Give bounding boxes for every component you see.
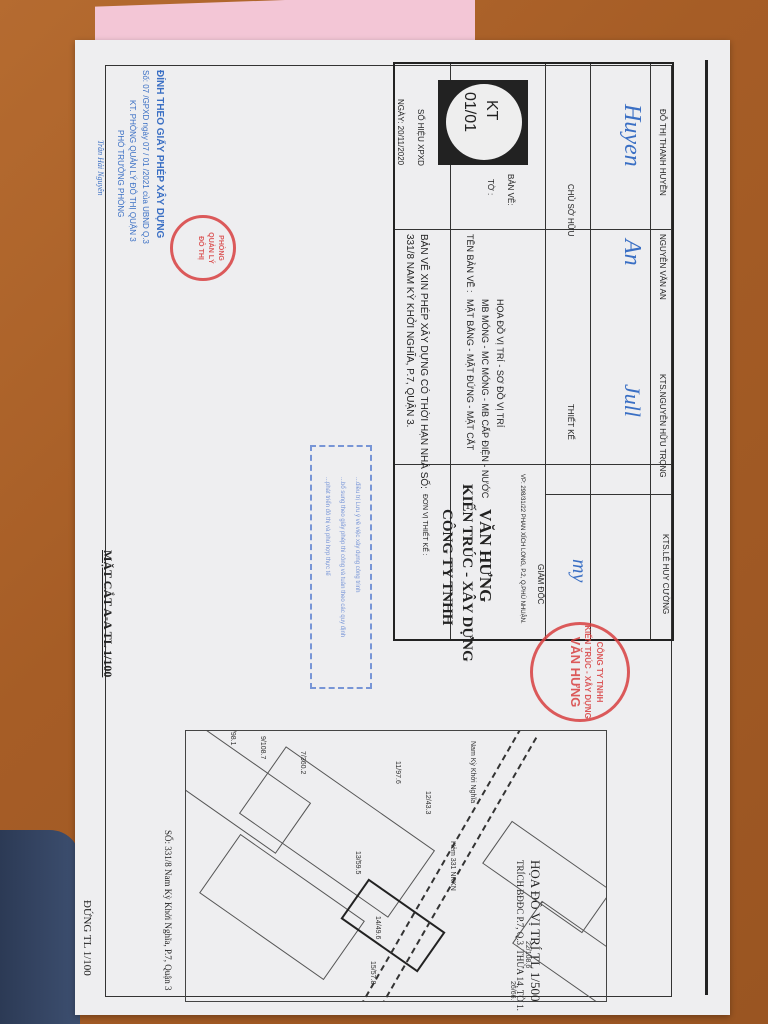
- project-title-1: BẢN VẼ XIN PHÉP XÂY DỰNG CÓ THỜI HẠN NHÀ…: [418, 234, 429, 489]
- drawing-names-label: TÊN BẢN VẼ :: [465, 234, 475, 293]
- lot-label: 15/57.8: [369, 961, 376, 984]
- lot-label: 26/66.6: [509, 981, 516, 1002]
- divider: [650, 64, 651, 639]
- lot-label: 11/97.6: [394, 761, 401, 784]
- approval-authority: KT. PHÒNG QUẢN LÝ ĐÔ THỊ QUẬN 3: [128, 100, 137, 242]
- owner-2-signature: Huyen: [618, 104, 645, 167]
- lot-label: 14/49.6: [374, 916, 381, 939]
- page-number: 01/01: [460, 92, 478, 132]
- seal-line: ĐÔ THỊ: [195, 218, 205, 278]
- owner-label: CHỦ SỞ HỮU: [566, 184, 575, 236]
- drawing-date: NGÀY: 20/11/2020: [396, 99, 405, 165]
- director-name: KTS.LÊ HUY CƯỜNG: [661, 534, 670, 614]
- divider: [395, 464, 672, 465]
- approval-title: ĐÍNH THEO GIẤY PHÉP XÂY DỰNG: [154, 70, 165, 238]
- seal-line: VĂN HƯNG: [569, 625, 581, 719]
- owner-1-signature: An: [618, 239, 645, 266]
- owner-2: ĐỖ THỊ THANH HUYỀN: [658, 109, 667, 196]
- note-line: ...phát triển đô thị và phù hợp thực tế: [324, 477, 330, 576]
- section-title: MẶT CẮT A-A TL 1/100: [100, 550, 115, 677]
- approval-signer-name: Trần Hải Nguyên: [96, 140, 105, 196]
- lot-label: 7/360.2: [299, 751, 306, 774]
- sheet-number-circle: [446, 84, 522, 160]
- approval-number: Số: 07 /GPXD ngày 07 / 01 /2021 của UBND…: [141, 70, 150, 244]
- director-signature: my: [567, 559, 590, 582]
- fabric-corner: [0, 830, 80, 1024]
- page-label: TỜ :: [486, 179, 495, 195]
- divider: [545, 64, 546, 639]
- seal-line: QUẢN LÝ: [205, 218, 215, 278]
- project-title-2: 331/8 NAM KỲ KHỞI NGHĨA, P.7, QUẬN 3.: [404, 234, 415, 427]
- drawing-names-3: HỌA ĐỒ VỊ TRÍ - SƠ ĐỒ VỊ TRÍ: [495, 299, 505, 427]
- lot-label: 6/98.1: [229, 730, 236, 745]
- note-line: ...bổ sung theo giấy phép thi công và tu…: [339, 477, 345, 637]
- designer-name: KTS.NGUYỄN HỮU TRỌNG: [658, 374, 667, 478]
- lot-label: 22/108.6: [524, 941, 531, 968]
- blue-note-stamp: ...điều trị Lưu ý về việc xây dựng công …: [310, 445, 372, 689]
- drawing-names-1: MẶT BẰNG - MẶT ĐỨNG - MẶT CẮT: [465, 299, 475, 450]
- seal-line: PHÒNG: [215, 218, 225, 278]
- drawing-sheet: ĐÍNH THEO GIẤY PHÉP XÂY DỰNG Số: 07 /GPX…: [75, 40, 730, 1015]
- elevation-title: ĐỨNG TL 1/100: [81, 900, 93, 976]
- divider: [395, 229, 590, 230]
- company-seal: CÔNG TY TNHH KIẾN TRÚC - XÂY DỰNG VĂN HƯ…: [530, 622, 630, 722]
- seal-line: CÔNG TY TNHH: [593, 625, 605, 719]
- lot-label: 13/59.5: [354, 851, 361, 874]
- lot-label: 12/43.3: [424, 791, 431, 814]
- title-block: BẢN VẼ XIN PHÉP XÂY DỰNG CÓ THỜI HẠN NHÀ…: [393, 62, 674, 641]
- design-unit-label: ĐƠN VỊ THIẾT KẾ :: [421, 494, 428, 556]
- drawing-names-2: MB MÓNG - MC MÓNG - MB CẤP ĐIỆN - NƯỚC: [480, 299, 490, 498]
- designer-signature: Jull: [619, 384, 645, 417]
- sheet-code: KT: [482, 100, 500, 120]
- site-map: Hẻm 331 NKKN Nam Kỳ Khởi Nghĩa 14/49.6 1…: [185, 730, 607, 1002]
- divider: [590, 64, 591, 639]
- divider: [545, 494, 672, 495]
- site-address: SỐ: 331/8 Nam Kỳ Khởi Nghĩa, P.7, Quận 3: [163, 830, 173, 991]
- sheet-outer-border: [705, 60, 708, 995]
- company-address: VP: 298/31/22 PHAN XÍCH LONG, P.2, Q.PHÚ…: [519, 474, 525, 624]
- sheet-label: BẢN VẼ:: [506, 174, 515, 206]
- note-line: ...điều trị Lưu ý về việc xây dựng công …: [354, 477, 360, 592]
- lot-label: 9/108.7: [259, 736, 266, 759]
- permit-no-label: SỐ HIỆU XPXD: [416, 109, 425, 166]
- owner-1: NGUYỄN VĂN AN: [658, 234, 667, 300]
- authority-seal: PHÒNG QUẢN LÝ ĐÔ THỊ: [170, 215, 236, 281]
- company-line-2: KIẾN TRÚC - XÂY DỰNG: [458, 484, 475, 662]
- sheet-number-box: KT 01/01: [438, 80, 528, 165]
- alley-label: Hẻm 331 NKKN: [449, 841, 456, 891]
- approval-signer-title: PHÓ TRƯỞNG PHÒNG: [116, 130, 125, 217]
- director-label: GIÁM ĐỐC: [536, 564, 545, 604]
- street-label: Nam Kỳ Khởi Nghĩa: [469, 741, 476, 803]
- designer-label: THIẾT KẾ: [566, 404, 575, 440]
- company-line-1: CÔNG TY TNHH: [438, 509, 455, 625]
- company-line-3: VĂN HƯNG: [475, 509, 495, 602]
- divider: [590, 229, 672, 230]
